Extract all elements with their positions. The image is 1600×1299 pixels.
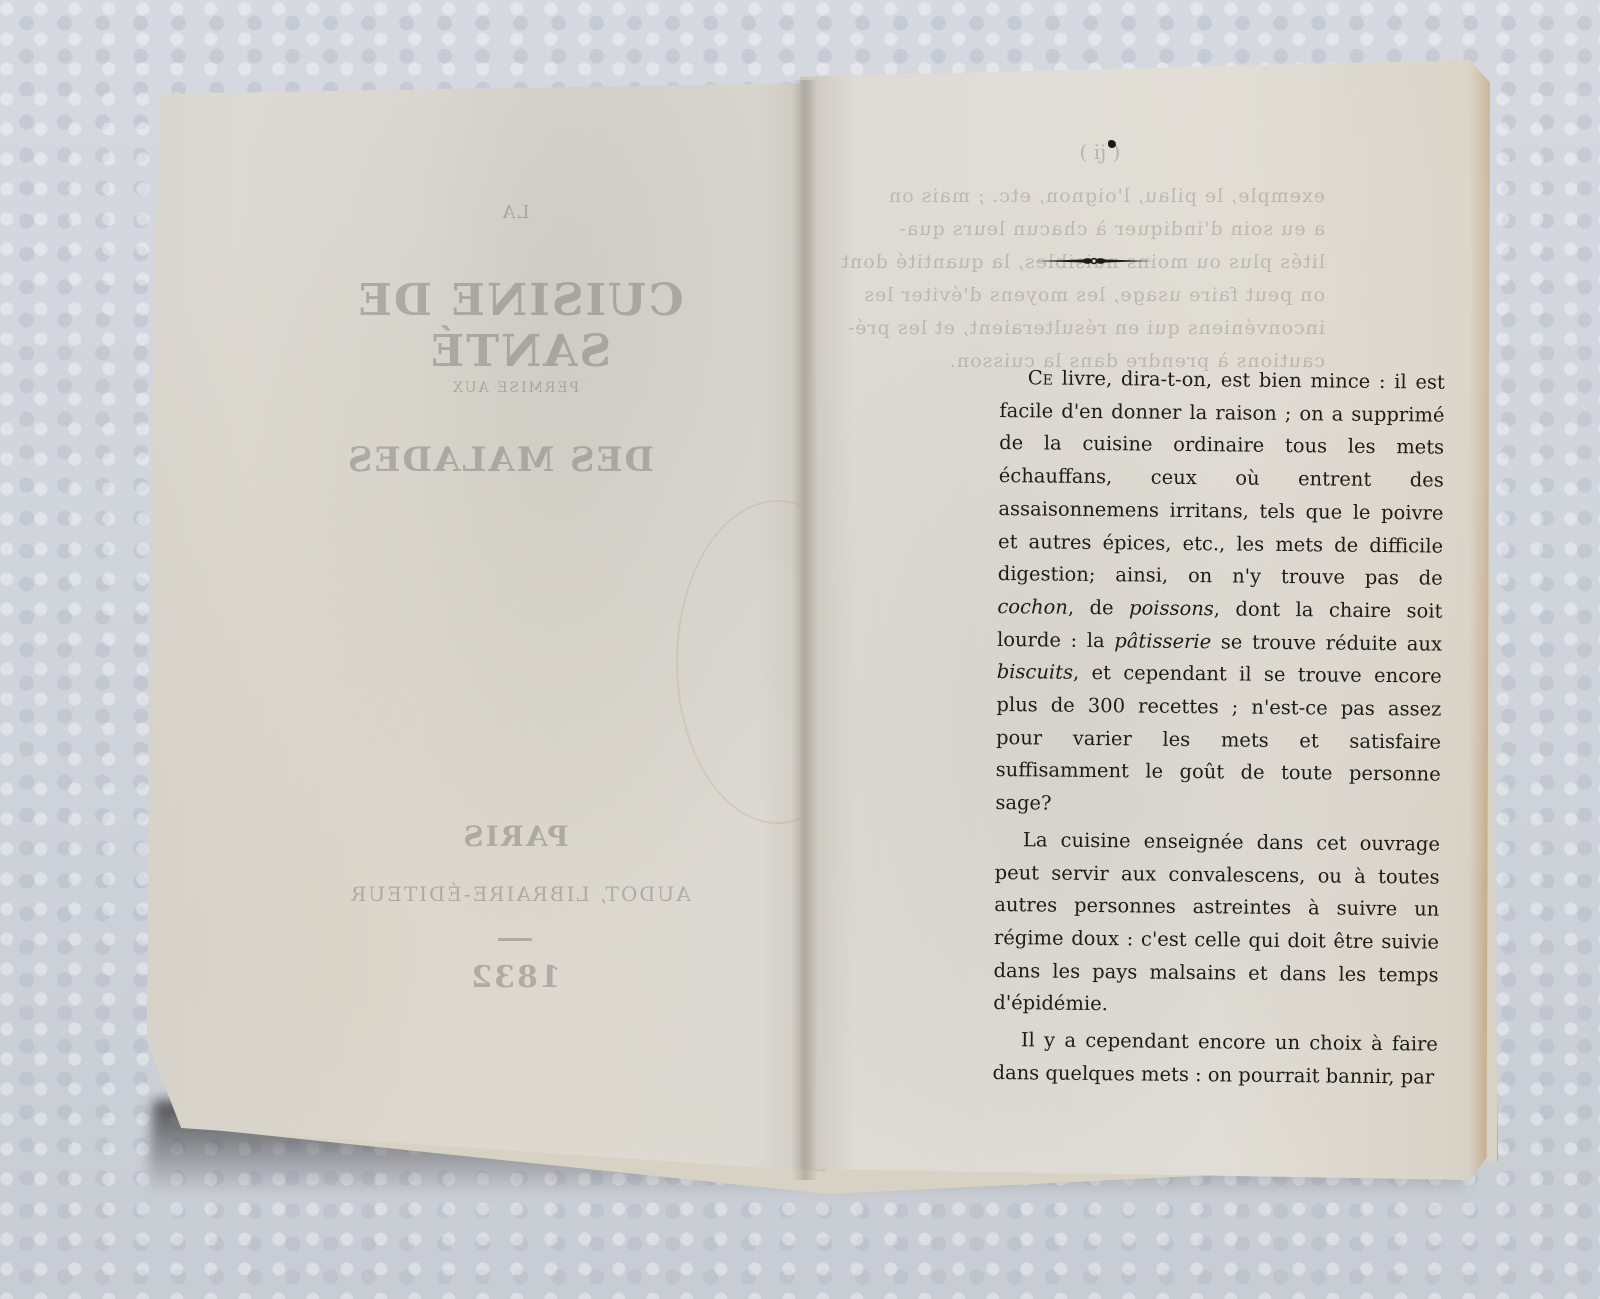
show-through-title: CUISINE DE SANTÉ [280,275,760,377]
show-through-city: PARIS [440,820,590,853]
italic-term: poissons [1129,596,1214,620]
show-through-year: 1832 [460,960,570,995]
italic-term: biscuits [997,660,1074,684]
ornamental-rule-icon [1035,255,1153,267]
text-run: se trouve réduite aux [1211,630,1442,655]
show-through-publisher: AUDOT, LIBRAIRE-ÉDITEUR [300,882,740,906]
ghost-show-through-lines: exemple, le pilau, l'oignon, etc. ; mais… [865,180,1325,378]
text-run: La cuisine enseignée dans cet ouvrage pe… [993,828,1440,1015]
ghost-line: exemple, le pilau, l'oignon, etc. ; mais… [865,180,1325,213]
italic-term: pâtisserie [1114,629,1211,653]
italic-term: cochon [997,595,1068,619]
text-run: , de [1068,596,1129,620]
small-caps-opening: Ce [1028,366,1053,389]
paragraph: Ce livre, dira-t-on, est bien mince : il… [995,362,1445,824]
show-through-rule [498,938,532,941]
page-number: ( ij ) [1050,140,1150,164]
text-run: livre, dira-t-on, est bien mince : il es… [998,367,1445,590]
body-text: Ce livre, dira-t-on, est bien mince : il… [992,362,1445,1094]
paragraph: Il y a cependant encore un choix à faire… [992,1024,1438,1094]
ink-spot [1108,140,1116,148]
text-run: Il y a cependant encore un choix à faire… [992,1028,1438,1088]
paragraph: La cuisine enseignée dans cet ouvrage pe… [993,824,1440,1025]
open-book: LA CUISINE DE SANTÉ PERMISE AUX DES MALA… [140,60,1490,1210]
show-through-subtitle-2: DES MALADES [340,440,660,480]
text-run: , et cependant il se trouve encore plus … [995,661,1442,815]
show-through-article: LA [455,202,575,223]
book-gutter [792,80,818,1180]
ghost-line: inconvéniens qui en résulteraient, et le… [865,312,1325,345]
ghost-line: on peut faire usage, les moyens d'éviter… [865,279,1325,312]
show-through-subtitle: PERMISE AUX [390,380,640,396]
ghost-line: a eu soin d'indiquer à chacun leurs qua- [865,213,1325,246]
